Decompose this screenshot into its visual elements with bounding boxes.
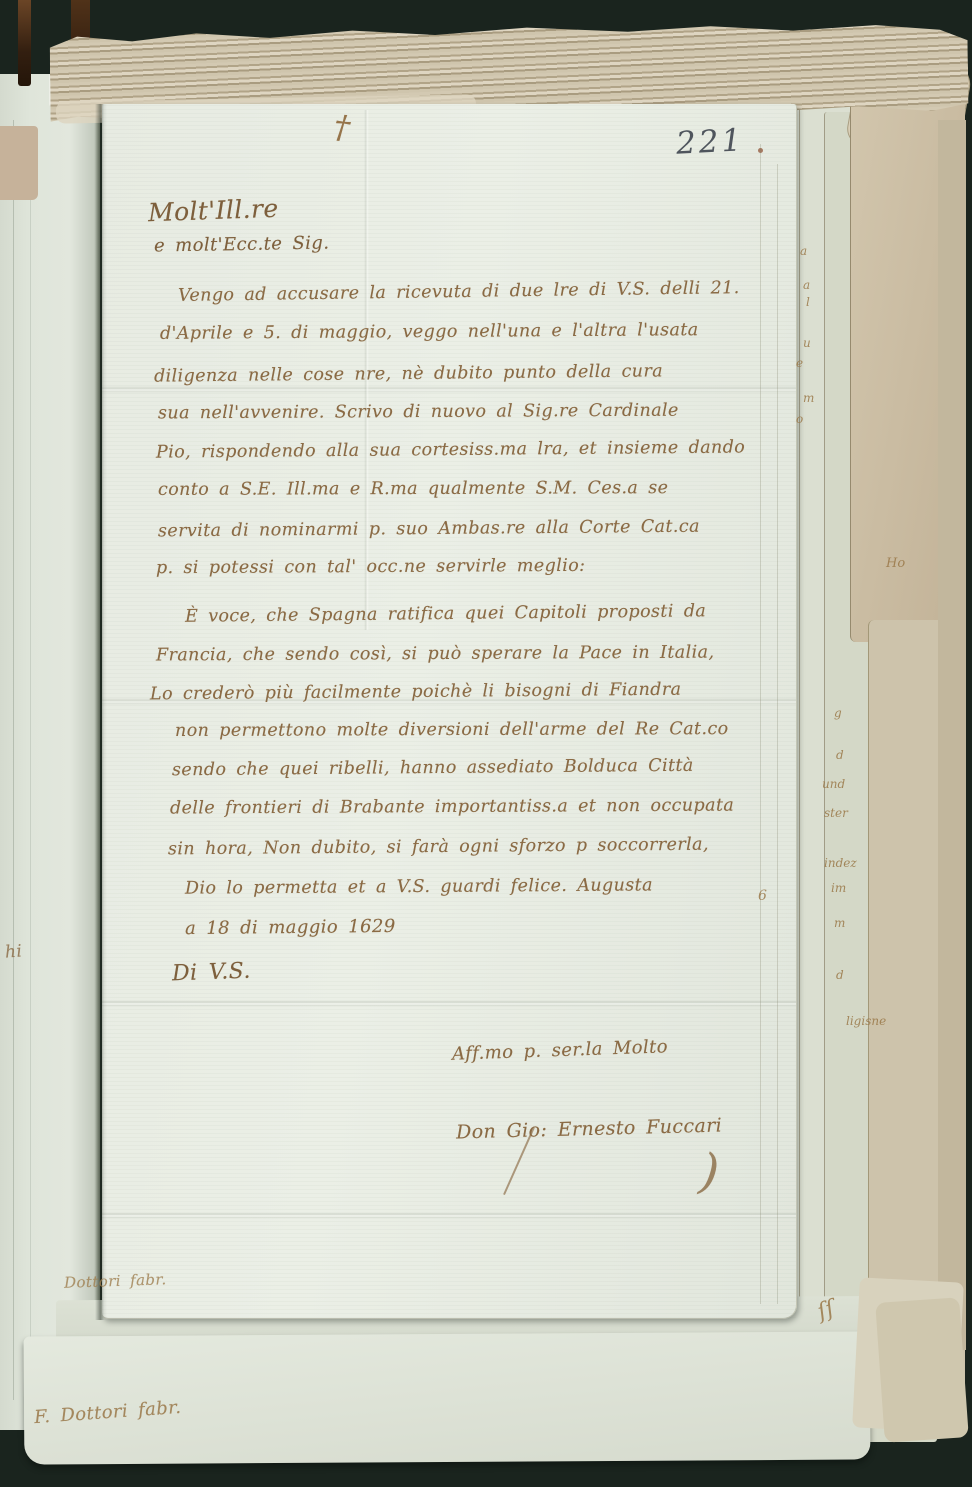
edge-fragment: 6 [758,888,767,904]
edge-fragment: Ho [886,556,905,571]
edge-fragment: a [800,244,807,258]
text-layer: † 221 Molt'Ill.re e molt'Ecc.te Sig. Ven… [0,0,972,1487]
manuscript-photo: † 221 Molt'Ill.re e molt'Ecc.te Sig. Ven… [0,0,972,1487]
letter-line: non permettono molte diversioni dell'arm… [175,719,729,741]
edge-fragment: ster [824,806,848,820]
letter-line: p. si potessi con tal' occ.ne servirle m… [156,556,586,578]
edge-fragment: ligisne [846,1014,886,1028]
edge-fragment: u [803,336,811,350]
salutation-line: Molt'Ill.re [148,194,279,228]
edge-fragment: im [831,881,846,895]
signature-line: Aff.mo p. ser.la Molto [452,1036,669,1065]
letter-line: sendo che quei ribelli, hanno assediato … [172,756,694,781]
folio-number: 221 [675,122,745,162]
salutation-line: e molt'Ecc.te Sig. [154,232,330,256]
edge-fragment: indez [824,856,857,870]
letter-line: Vengo ad accusare la ricevuta di due lre… [178,278,740,306]
edge-fragment: o [796,412,803,426]
edge-fragment: e [796,356,803,370]
edge-fragment: l [806,295,810,309]
letter-line: conto a S.E. Ill.ma e R.ma qualmente S.M… [158,478,668,500]
letter-line: sin hora, Non dubito, si farà ogni sforz… [168,835,709,860]
letter-line: È voce, che Spagna ratifica quei Capitol… [185,601,706,626]
edge-fragment: a [803,278,810,292]
letter-line: delle frontieri di Brabante importantiss… [170,796,734,819]
letter-line: d'Aprile e 5. di maggio, veggo nell'una … [160,320,699,344]
edge-fragment: d [836,748,844,762]
annotation-bottom-sheet: F. Dottori fabr. [33,1397,182,1428]
edge-fragment: ſſ [815,1296,838,1325]
edge-fragment: g [834,706,842,720]
edge-fragment: d [836,968,844,982]
edge-fragment: und [822,777,845,791]
edge-fragment: m [834,916,845,930]
invocation-cross-icon: † [332,107,352,147]
letter-line: Pio, rispondendo alla sua cortesiss.ma l… [156,437,745,462]
letter-line: sua nell'avvenire. Scrivo di nuovo al Si… [158,401,679,424]
annotation-letter-bottom: Dottori fabr. [64,1270,167,1292]
left-margin-fragment: hi [4,941,23,962]
letter-line: Lo crederò più facilmente poichè li biso… [150,680,682,705]
letter-line: Dio lo permetta et a V.S. guardi felice.… [185,875,653,898]
letter-line: diligenza nelle cose nre, nè dubito punt… [154,361,663,386]
signature-line: Don Gio: Ernesto Fuccari [456,1115,723,1144]
edge-fragment: m [803,391,814,405]
signature-flourish: ) [697,1143,722,1201]
letter-line: servita di nominarmi p. suo Ambas.re all… [158,517,700,542]
closing-line: Di V.S. [172,959,252,987]
letter-dateline: a 18 di maggio 1629 [185,916,396,939]
letter-line: Francia, che sendo così, si può sperare … [156,643,714,666]
